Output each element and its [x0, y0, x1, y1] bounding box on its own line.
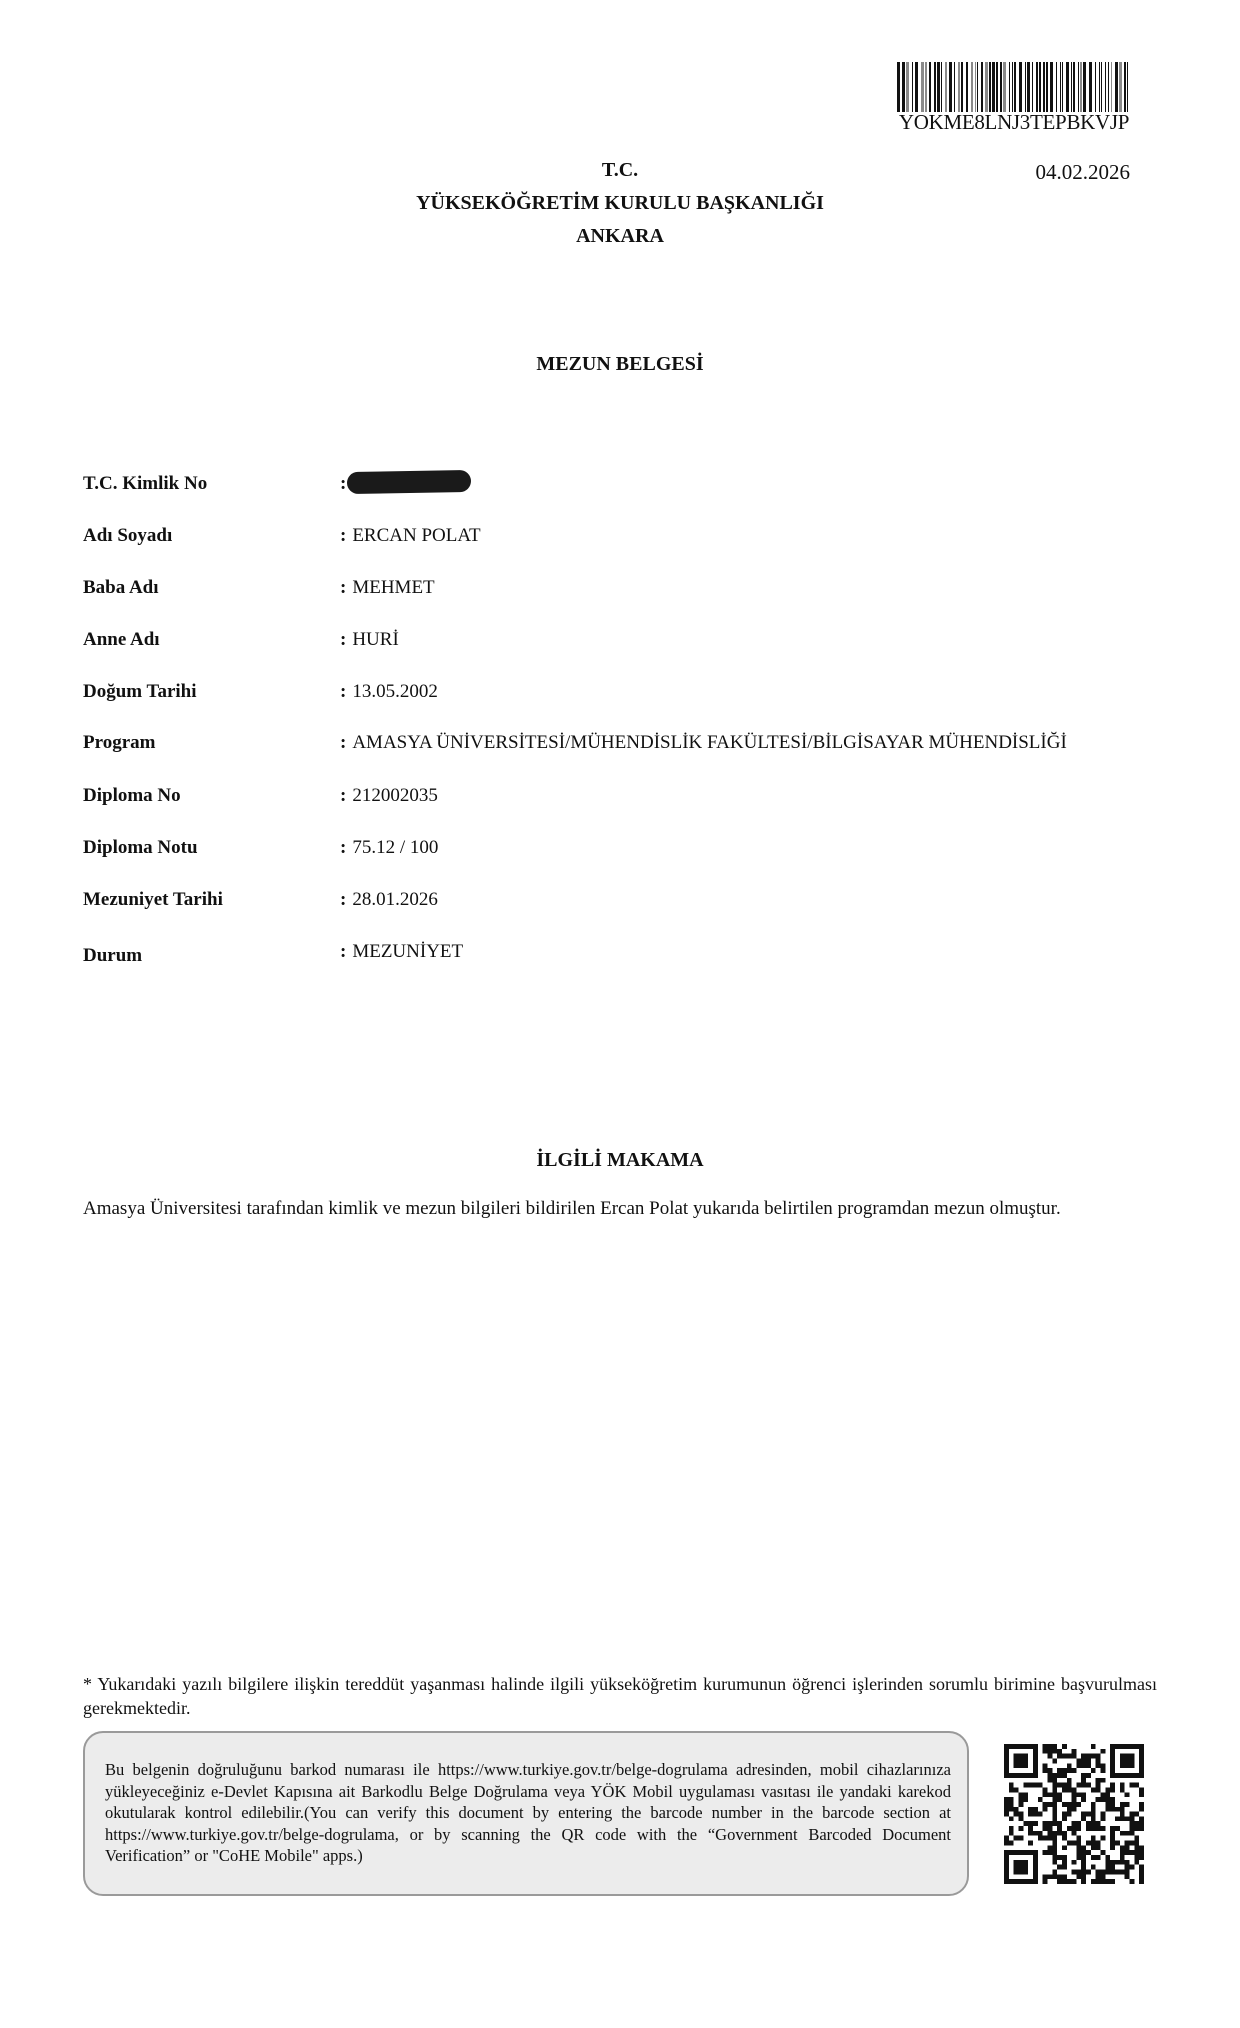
- field-row: Doğum Tarihi:13.05.2002: [83, 680, 1183, 706]
- to-whom-it-may-concern-title: İLGİLİ MAKAMA: [0, 1148, 1240, 1172]
- field-value: :AMASYA ÜNİVERSİTESİ/MÜHENDİSLİK FAKÜLTE…: [340, 731, 1067, 755]
- verification-text: Bu belgenin doğruluğunu barkod numarası …: [105, 1759, 951, 1867]
- field-row: Anne Adı:HURİ: [83, 628, 1183, 654]
- field-colon: :: [340, 837, 346, 858]
- footnote: * Yukarıdaki yazılı bilgilere ilişkin te…: [83, 1672, 1157, 1720]
- header-city: ANKARA: [0, 224, 1240, 248]
- field-colon: :: [340, 785, 346, 806]
- field-value: :75.12 / 100: [340, 836, 438, 860]
- field-row: Baba Adı:MEHMET: [83, 576, 1183, 602]
- field-row: Adı Soyadı:ERCAN POLAT: [83, 524, 1183, 550]
- field-value: :MEHMET: [340, 576, 435, 600]
- field-row: Program:AMASYA ÜNİVERSİTESİ/MÜHENDİSLİK …: [83, 731, 1183, 757]
- field-label: Durum: [83, 944, 142, 968]
- field-value-text: ERCAN POLAT: [352, 525, 480, 546]
- field-label: Diploma Notu: [83, 836, 198, 860]
- field-value: :28.01.2026: [340, 888, 438, 912]
- field-label: T.C. Kimlik No: [83, 472, 207, 496]
- field-row: Durum:MEZUNİYET: [83, 940, 1183, 966]
- redaction-mark: [347, 470, 471, 494]
- field-colon: :: [340, 577, 346, 598]
- field-label: Baba Adı: [83, 576, 159, 600]
- field-colon: :: [340, 525, 346, 546]
- field-colon: :: [340, 629, 346, 650]
- field-value-text: AMASYA ÜNİVERSİTESİ/MÜHENDİSLİK FAKÜLTES…: [352, 732, 1066, 753]
- field-label: Adı Soyadı: [83, 524, 172, 548]
- field-row: Mezuniyet Tarihi:28.01.2026: [83, 888, 1183, 914]
- field-label: Diploma No: [83, 784, 181, 808]
- field-value: :13.05.2002: [340, 680, 438, 704]
- field-row: Diploma Notu:75.12 / 100: [83, 836, 1183, 862]
- field-value-text: 28.01.2026: [352, 889, 438, 910]
- field-value: :HURİ: [340, 628, 399, 652]
- field-colon: :: [340, 681, 346, 702]
- verification-box: Bu belgenin doğruluğunu barkod numarası …: [83, 1731, 969, 1896]
- field-label: Doğum Tarihi: [83, 680, 197, 704]
- field-value-text: MEZUNİYET: [352, 941, 463, 962]
- header-institution: YÜKSEKÖĞRETİM KURULU BAŞKANLIĞI: [0, 191, 1240, 215]
- field-label: Program: [83, 731, 155, 755]
- field-value-text: 212002035: [352, 785, 438, 806]
- field-label: Mezuniyet Tarihi: [83, 888, 223, 912]
- qr-code-icon: [1004, 1744, 1144, 1884]
- field-value-text: MEHMET: [352, 577, 434, 598]
- header-tc: T.C.: [0, 158, 1240, 182]
- field-label: Anne Adı: [83, 628, 160, 652]
- field-row: T.C. Kimlik No:: [83, 472, 1183, 498]
- barcode-icon: [897, 62, 1130, 112]
- field-row: Diploma No:212002035: [83, 784, 1183, 810]
- field-value-text: 13.05.2002: [352, 681, 438, 702]
- field-colon: :: [340, 473, 346, 494]
- field-value: :ERCAN POLAT: [340, 524, 481, 548]
- field-colon: :: [340, 732, 346, 753]
- field-value-text: 75.12 / 100: [352, 837, 438, 858]
- document-title: MEZUN BELGESİ: [0, 352, 1240, 376]
- field-value: :: [340, 472, 471, 496]
- field-colon: :: [340, 889, 346, 910]
- field-colon: :: [340, 941, 346, 962]
- to-whom-it-may-concern-text: Amasya Üniversitesi tarafından kimlik ve…: [83, 1197, 1157, 1221]
- field-value-text: HURİ: [352, 629, 398, 650]
- field-value: :MEZUNİYET: [340, 940, 463, 964]
- field-value: :212002035: [340, 784, 438, 808]
- barcode-number: YOKME8LNJ3TEPBKVJP: [890, 110, 1138, 134]
